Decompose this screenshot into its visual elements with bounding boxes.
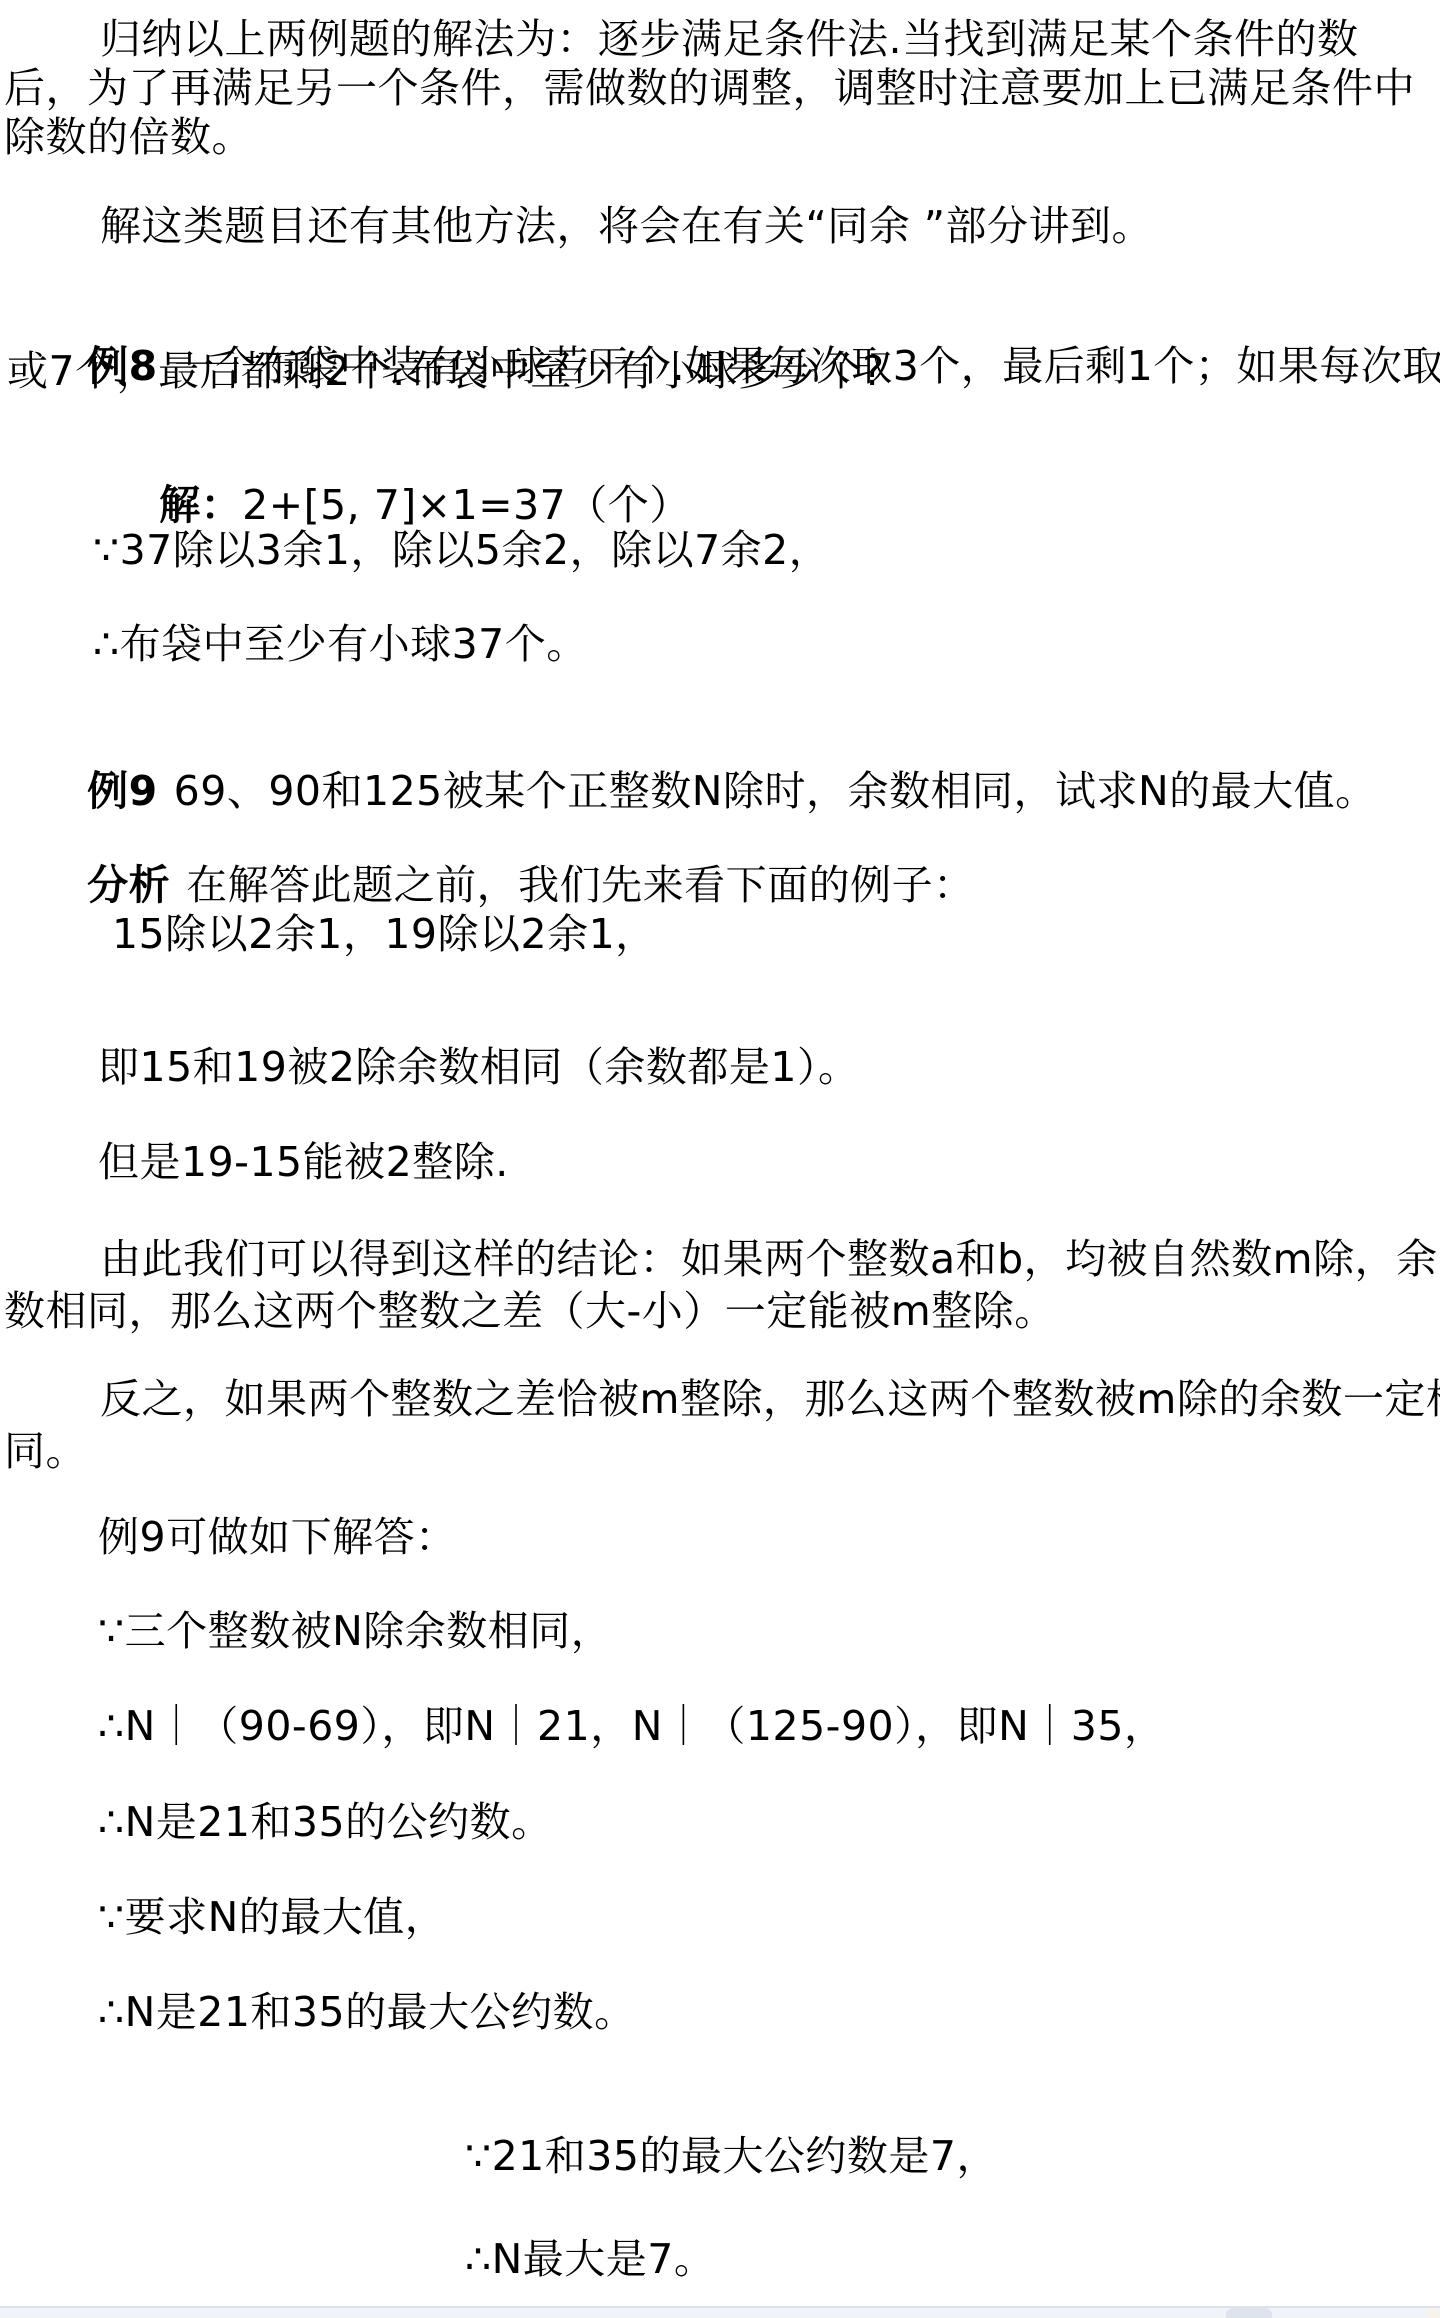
- converse-line-2: 同。: [4, 1427, 87, 1476]
- divisible-line: 但是19-15能被2整除.: [98, 1138, 509, 1187]
- analysis-label: 分析: [87, 861, 170, 909]
- solution8-label: 解：: [159, 481, 242, 529]
- because9b-line: ∵要求N的最大值，: [98, 1893, 446, 1942]
- therefore8-line: ∴布袋中至少有小球37个。: [93, 620, 588, 669]
- bar-accent: [1426, 2308, 1440, 2318]
- example8-line-2: 或7个，最后都剩2个.布袋中至少有小球多少个?: [7, 347, 884, 396]
- converse-line-1: 反之，如果两个整数之差恰被m整除，那么这两个整数被m除的余数一定相: [100, 1375, 1440, 1424]
- example-remainders-line: 15除以2余1，19除以2余1，: [112, 910, 657, 959]
- same-remainder-line: 即15和19被2除余数相同（余数都是1）。: [98, 1043, 860, 1092]
- scrollbar-thumb[interactable]: [1226, 2308, 1272, 2318]
- solution9-intro-line: 例9可做如下解答：: [98, 1513, 457, 1562]
- method-summary-line-2: 后，为了再满足另一个条件，需做数的调整，调整时注意要加上已满足条件中: [4, 64, 1415, 113]
- therefore9d-line: ∴N最大是7。: [465, 2235, 715, 2284]
- example9-text: 69、90和125被某个正整数N除时，余数相同，试求N的最大值。: [174, 767, 1377, 815]
- conclusion-line-2: 数相同，那么这两个整数之差（大-小）一定能被m整除。: [4, 1287, 1056, 1336]
- because9c-line: ∵21和35的最大公约数是7，: [465, 2132, 998, 2181]
- document-page: 归纳以上两例题的解法为：逐步满足条件法.当找到满足某个条件的数 后，为了再满足另…: [0, 0, 1440, 2318]
- solution8-equation: 2+[5, 7]×1=37（个）: [242, 481, 691, 529]
- therefore9a-line: ∴N｜（90-69），即N｜21，N｜（125-90），即N｜35，: [98, 1702, 1165, 1751]
- method-summary-line-1: 归纳以上两例题的解法为：逐步满足条件法.当找到满足某个条件的数: [100, 15, 1359, 64]
- because9a-line: ∵三个整数被N除余数相同，: [98, 1607, 612, 1656]
- therefore9b-line: ∴N是21和35的公约数。: [98, 1798, 553, 1847]
- analysis-text: 在解答此题之前，我们先来看下面的例子：: [186, 861, 975, 909]
- method-summary-line-3: 除数的倍数。: [4, 113, 253, 162]
- because8-line: ∵37除以3余1，除以5余2，除以7余2，: [93, 526, 830, 575]
- bottom-bar: [0, 2306, 1440, 2318]
- conclusion-line-1: 由此我们可以得到这样的结论：如果两个整数a和b，均被自然数m除，余: [100, 1235, 1438, 1284]
- other-methods-note: 解这类题目还有其他方法，将会在有关“同余 ”部分讲到。: [100, 202, 1153, 251]
- example9-label: 例9: [87, 767, 158, 815]
- therefore9c-line: ∴N是21和35的最大公约数。: [98, 1988, 636, 2037]
